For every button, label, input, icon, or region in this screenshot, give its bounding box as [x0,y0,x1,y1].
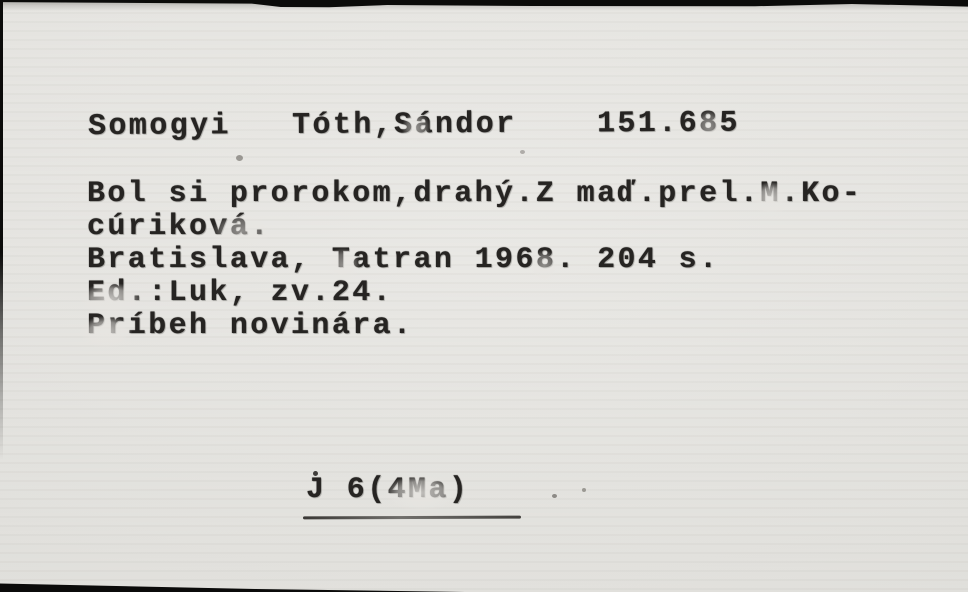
scan-speck [582,488,586,492]
catalog-card-scan: Somogyi Tóth,Sándor 151.685 Bol si proro… [0,0,968,592]
scan-speck [552,494,557,498]
body-line-title: Bol si prorokom,drahý.Z maď.prel.M.Ko- [87,178,862,211]
call-number-text: J 6(4Ma) [306,473,469,507]
scan-speck [236,155,243,161]
call-number: J 6(4Ma) [306,474,469,510]
scan-edge-bottom [0,582,465,592]
card-body: Bol si prorokom,drahý.Z maď.prel.M.Ko- c… [87,178,862,343]
call-number-underline [303,516,521,520]
card-header: Somogyi Tóth,Sándor 151.685 [88,106,968,144]
body-line-series: Ed.:Luk, zv.24. [87,277,862,310]
scan-edge-left [0,0,3,460]
author-heading: Somogyi Tóth,Sándor [88,109,517,144]
scan-speck [520,150,525,154]
accession-number: 151.685 [597,108,740,142]
body-line-note: Príbeh novinára. [87,310,862,343]
body-line-title-continuation: cúriková. [87,211,862,244]
body-line-imprint: Bratislava, Tatran 1968. 204 s. [87,244,862,277]
